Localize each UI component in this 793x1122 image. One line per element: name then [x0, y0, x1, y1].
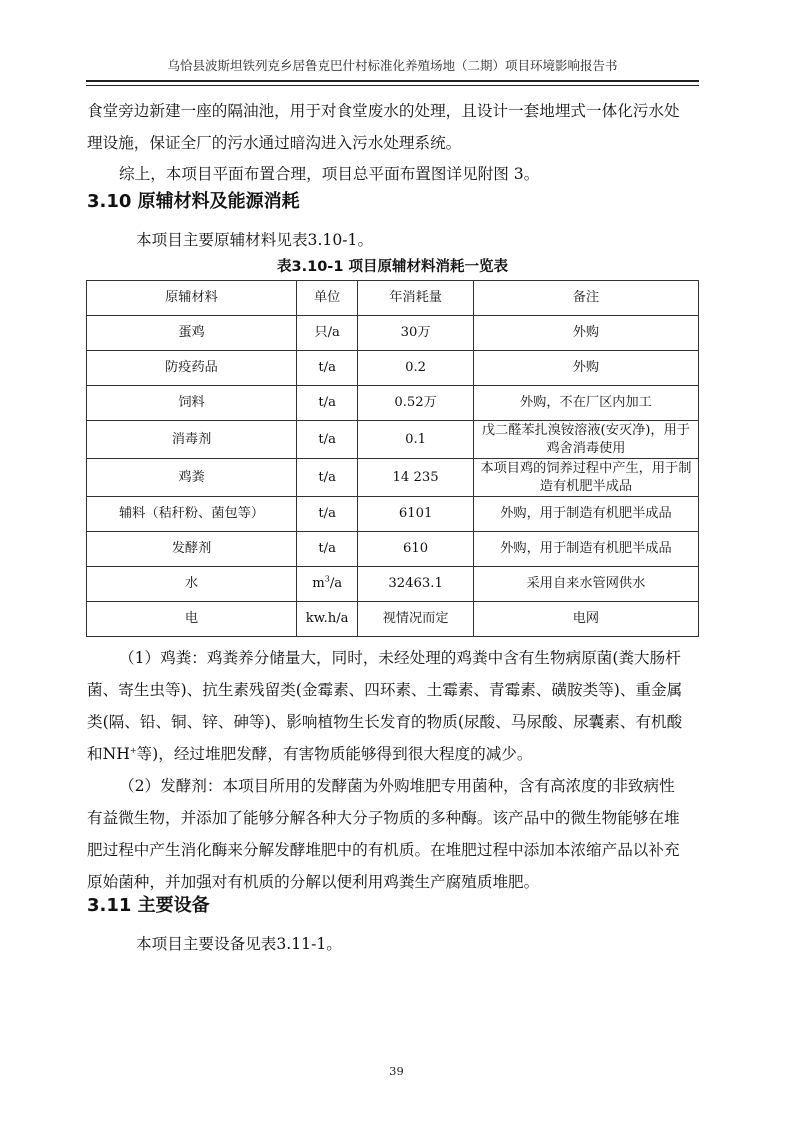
para-fermenter-line: （2）发酵剂：本项目所用的发酵菌为外购堆肥专用菌种，含有高浓度的非致病性 [119, 770, 725, 802]
para-chicken-manure-line: 类(隔、铅、铜、锌、砷等)、影响植物生长发育的物质(尿酸、马尿酸、尿囊素、有机酸 [87, 706, 693, 738]
cell-material: 鸡粪 [87, 459, 297, 497]
running-header: 乌恰县波斯坦铁列克乡居鲁克巴什村标准化养殖场地（二期）项目环境影响报告书 [86, 56, 699, 74]
header-rule-thin [86, 85, 699, 86]
cell-material: 水 [87, 567, 297, 602]
cell-unit: t/a [297, 532, 358, 567]
cell-material: 辅料（秸秆粉、菌包等） [87, 497, 297, 532]
body-line: 综上，本项目平面布置合理，项目总平面布置图详见附图 3。 [119, 158, 725, 190]
cell-amount: 32463.1 [358, 567, 474, 602]
cell-material: 饲料 [87, 386, 297, 421]
table-row: 水 m3/a 32463.1 采用自来水管网供水 [87, 567, 699, 602]
cell-note: 外购，用于制造有机肥半成品 [473, 497, 698, 532]
equipment-reference-text: 本项目主要设备见表3.11-1。 [136, 928, 742, 960]
cell-note: 外购，不在厂区内加工 [473, 386, 698, 421]
cell-material: 防疫药品 [87, 351, 297, 386]
cell-note: 本项目鸡的饲养过程中产生，用于制造有机肥半成品 [473, 459, 698, 497]
cell-note: 外购，用于制造有机肥半成品 [473, 532, 698, 567]
nh-superscript: + [130, 746, 137, 755]
para-fermenter-line: 有益微生物，并添加了能够分解各种大分子物质的多种酶。该产品中的微生物能够在堆 [87, 802, 693, 834]
table-row: 蛋鸡 只/a 30万 外购 [87, 316, 699, 351]
cell-amount: 6101 [358, 497, 474, 532]
para-chicken-manure-line: 菌、寄生虫等)、抗生素残留类(金霉素、四环素、土霉素、青霉素、磺胺类等)、重金属 [87, 674, 693, 706]
cell-unit: m3/a [297, 567, 358, 602]
cell-unit: t/a [297, 459, 358, 497]
cell-unit: t/a [297, 497, 358, 532]
cell-amount: 0.1 [358, 421, 474, 459]
materials-table: 原辅材料 单位 年消耗量 备注 蛋鸡 只/a 30万 外购 防疫药品 t/a 0… [86, 280, 699, 637]
cell-note: 采用自来水管网供水 [473, 567, 698, 602]
cell-material: 消毒剂 [87, 421, 297, 459]
cell-amount: 14 235 [358, 459, 474, 497]
table-caption: 表3.10-1 项目原辅材料消耗一览表 [86, 256, 699, 278]
body-line: 食堂旁边新建一座的隔油池，用于对食堂废水的处理，且设计一套地埋式一体化污水处 [87, 95, 693, 127]
table-row: 辅料（秸秆粉、菌包等） t/a 6101 外购，用于制造有机肥半成品 [87, 497, 699, 532]
section-heading-3-11: 3.11 主要设备 [87, 894, 210, 918]
unit-base: m [312, 576, 325, 591]
cell-amount: 30万 [358, 316, 474, 351]
cell-unit: t/a [297, 421, 358, 459]
unit-rest: /a [330, 576, 342, 591]
cell-material: 发酵剂 [87, 532, 297, 567]
page-number: 39 [0, 1064, 793, 1078]
cell-unit: kw.h/a [297, 602, 358, 637]
table-row: 鸡粪 t/a 14 235 本项目鸡的饲养过程中产生，用于制造有机肥半成品 [87, 459, 699, 497]
cell-note: 外购 [473, 316, 698, 351]
table-row: 消毒剂 t/a 0.1 戊二醛苯扎溴铵溶液(安灭净)，用于鸡舍消毒使用 [87, 421, 699, 459]
line-rest: 等)，经过堆肥发酵，有害物质能够得到很大程度的减少。 [137, 745, 533, 763]
column-header-amount: 年消耗量 [358, 281, 474, 316]
cell-unit: t/a [297, 386, 358, 421]
column-header-unit: 单位 [297, 281, 358, 316]
column-header-note: 备注 [473, 281, 698, 316]
table-row: 电 kw.h/a 视情况而定 电网 [87, 602, 699, 637]
table-row: 饲料 t/a 0.52万 外购，不在厂区内加工 [87, 386, 699, 421]
para-fermenter-line: 肥过程中产生消化酶来分解发酵堆肥中的有机质。在堆肥过程中添加本浓缩产品以补充 [87, 834, 693, 866]
table-row: 防疫药品 t/a 0.2 外购 [87, 351, 699, 386]
table-reference-text: 本项目主要原辅材料见表3.10-1。 [136, 224, 742, 256]
column-header-material: 原辅材料 [87, 281, 297, 316]
cell-amount: 视情况而定 [358, 602, 474, 637]
cell-note: 戊二醛苯扎溴铵溶液(安灭净)，用于鸡舍消毒使用 [473, 421, 698, 459]
cell-amount: 0.52万 [358, 386, 474, 421]
cell-note: 电网 [473, 602, 698, 637]
para-chicken-manure-line: 和NH+等)，经过堆肥发酵，有害物质能够得到很大程度的减少。 [87, 738, 693, 770]
cell-amount: 0.2 [358, 351, 474, 386]
header-rule-thick [86, 80, 699, 82]
para-chicken-manure-line: （1）鸡粪：鸡粪养分储量大，同时，未经处理的鸡粪中含有生物病原菌(粪大肠杆 [119, 642, 725, 674]
nh-prefix: 和NH [87, 745, 130, 763]
table-row: 发酵剂 t/a 610 外购，用于制造有机肥半成品 [87, 532, 699, 567]
body-line: 理设施，保证全厂的污水通过暗沟进入污水处理系统。 [87, 127, 693, 159]
section-heading-3-10: 3.10 原辅材料及能源消耗 [87, 190, 300, 214]
cell-unit: 只/a [297, 316, 358, 351]
cell-material: 电 [87, 602, 297, 637]
cell-material: 蛋鸡 [87, 316, 297, 351]
cell-amount: 610 [358, 532, 474, 567]
table-header-row: 原辅材料 单位 年消耗量 备注 [87, 281, 699, 316]
cell-unit: t/a [297, 351, 358, 386]
cell-note: 外购 [473, 351, 698, 386]
